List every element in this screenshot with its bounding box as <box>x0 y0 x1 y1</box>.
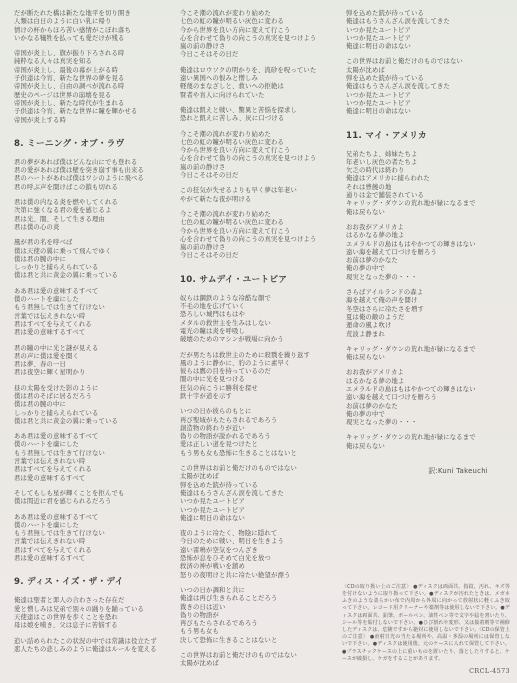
lyric-line: 君はすべてを与えてくれる <box>14 321 172 329</box>
lyric-line: いつか見たユートピア <box>346 35 504 43</box>
section-heading: 11. マイ・アメリカ <box>346 129 504 141</box>
lyric-line: 僕は君と共に黄金の翼に乗っている <box>14 418 172 426</box>
lyric-line: 弾を込めた銃が待っている <box>180 482 338 490</box>
lyric-line: 救済の神が戦いを鎮め <box>180 563 338 571</box>
lyric-line: 俺の夢の中で <box>346 411 504 419</box>
lyric-line: 帝国が炎上し、自由の調べが流れる時 <box>14 83 172 91</box>
lyric-line: 人類は白日のように白い乳に帰り <box>14 18 172 26</box>
lyric-line: 愛と憎しみは兄弟で別々の踊りを踊っている <box>14 606 172 614</box>
lyric-line: 純粋なる人々は真実を知る <box>14 58 172 66</box>
lyric-line: もう男も女も恐怖に生きることはないと <box>180 450 338 458</box>
lyric-line: 君はすべてを与えてくれる <box>14 466 172 474</box>
stanza: 俺達は聖者と罪人の合わさった存在だ愛と憎しみは兄弟で別々の踊りを踊っている天使達… <box>14 597 172 630</box>
lyric-line: 冬空はさらに冷たさを増す <box>346 306 504 314</box>
lyric-line: ああ君は愛の意味するすべて <box>14 288 172 296</box>
stanza: さらばアイルランドの森よ海を越えて俺の声を聞け冬空はさらに冷たさを増す夏は俺の敵… <box>346 289 504 339</box>
stanza: この狂気が失せるよりも早く夢は年老いやがて新たな夜が明ける <box>180 187 338 204</box>
lyric-line: 今こそ潮の流れが変わり始めた <box>180 211 338 219</box>
lyric-line: 遠い雷鳴が空気をつんざき <box>180 547 338 555</box>
lyric-line: 君はすべてを与えてくれる <box>14 547 172 555</box>
stanza: 今こそ潮の流れが変わり始めた七色の虹の瞳が明るい灰色に変わる今から世界を良い方向… <box>180 211 338 261</box>
stanza: 追い詰められたこの状況の中では常識は役立たず恋人たちの悲しみのように俺達はルール… <box>14 638 172 655</box>
lyric-line: 君の瞳の中に光と謎が見える <box>14 345 172 353</box>
lyric-line: 夏は俺の敵のようだ <box>346 314 504 322</box>
lyric-line: 太陽が沈めば <box>346 67 504 75</box>
lyric-line: いつか見たユートピア <box>180 498 338 506</box>
cd-care-notice-text: 〈CDの取り扱い上のご注意〉 ●ディスクは両面共、指紋、汚れ、キズ等を付けないよ… <box>342 584 510 663</box>
lyric-line: 言葉では伝えきれない時 <box>14 313 172 321</box>
lyric-line: 天使達はこの世界を歩くことを恐れ <box>14 614 172 622</box>
lyric-line: 今から世界を良い方向に変えて行こう <box>180 228 338 236</box>
lyric-line: 君の呼ぶ声を聞けばこの鎖も切れる <box>14 184 172 192</box>
stanza: おお我がアメリカよはるかなる夢の地よエメラルドの島はもはやかつての輝きはない遠い… <box>346 369 504 427</box>
lyric-line: 遠い海を越えて口づけを贈ろう <box>346 249 504 257</box>
stanza: 君は僕の内なる炎を燃やしてくれる次第に強くなる君の愛を感じるよ君は光、闇、そして… <box>14 199 172 232</box>
lyric-line: 俺は戻らない <box>346 354 504 362</box>
lyric-line: 創造物の終わりが近い <box>180 425 338 433</box>
stanza: 今こそ潮の流れが変わり始めた七色の虹の瞳が明るい灰色に変わる今から世界を良い方向… <box>180 131 338 181</box>
stanza: ああ君は愛の意味するすべて僕のハートを虜にしたもう君無しでは生きて行けない言葉で… <box>14 433 172 483</box>
lyric-line: 帝国が炎上する時 <box>14 117 172 125</box>
lyric-line: キャリッグ・ダウンの荒れ地が緑になるまで <box>346 346 504 354</box>
lyric-line: 偽りの物語が <box>180 612 338 620</box>
lyric-line: 心を合わせて偽りの向こうの真実を見つけよう <box>180 35 338 43</box>
lyric-line: もう君無しでは生きて行けない <box>14 304 172 312</box>
lyric-line: 恐ろしい城門はもはや <box>180 311 338 319</box>
lyric-line: 俺達は聖者と罪人の合わさった存在だ <box>14 597 172 605</box>
lyric-line: 七色の虹の瞳が明るい灰色に変わる <box>180 139 338 147</box>
stanza: 帝国が炎上し、旗が振り下ろされる時純粋なる人々は真実を知る帝国が炎上し、最後の幕… <box>14 50 172 125</box>
lyric-line: 僕は間近に君を感じられるだろう <box>14 498 172 506</box>
lyric-line: 破壊のためのマシンが戦場に向かう <box>180 336 338 344</box>
lyric-line: 今から世界を良い方向に変えて行こう <box>180 27 338 35</box>
stanza: この世界はお前と俺だけのものではない太陽が沈めば弾を込めた銃が待っている俺達はも… <box>346 58 504 116</box>
lyric-line: 決して恐怖に生きることはないと <box>180 637 338 645</box>
lyric-line: はるかなる夢の地よ <box>346 378 504 386</box>
lyric-line: 俺達に明日の命はない <box>346 43 504 51</box>
lyric-line: 太陽が沈めば <box>180 473 338 481</box>
stanza: キャリッグ・ダウンの荒れ地が緑になるまで俺は戻らない <box>346 434 504 451</box>
section-heading: 8. ミーニング・オブ・ラヴ <box>14 137 172 149</box>
lyric-line: 奴らは鋼鉄のような冷酷な顔で <box>180 295 338 303</box>
lyric-line: 俺達に明日の命はない <box>346 108 504 116</box>
lyric-line: ああ君は愛の意味するすべて <box>14 514 172 522</box>
lyric-line: 太陽が沈めば <box>180 660 338 668</box>
lyric-line: 現実となった夢の・・・ <box>346 274 504 282</box>
columns: だが断たれた橋は新たな地平を切り開き人類は白日のように白い乳に帰り情けの杯からほ… <box>0 0 517 676</box>
stanza: 奴らは鋼鉄のような冷酷な顔で不毛の地を広げていく恐ろしい城門はもはやメタルの救世… <box>180 295 338 345</box>
lyric-line: おお我がアメリカよ <box>346 369 504 377</box>
stanza: だが断たれた橋は新たな地平を切り開き人類は白日のように白い乳に帰り情けの杯からほ… <box>14 10 172 43</box>
lyric-line: いつか見たユートピア <box>180 507 338 515</box>
lyric-line: 愛は正しい道を見つけたと <box>180 441 338 449</box>
lyric-line: お前は夢のかなた <box>346 403 504 411</box>
lyric-line: 君は僕の心の炎 <box>14 224 172 232</box>
lyric-line: だが男たちは救世主のために殺戮を繰り返す <box>180 352 338 360</box>
lyric-line: しっかりと捕らえられている <box>14 410 172 418</box>
lyric-line: 現実となった夢の・・・ <box>346 419 504 427</box>
lyric-line: いつの日か彼らのもとに <box>180 408 338 416</box>
lyric-line: エメラルドの島はもはやかつての輝きはない <box>346 241 504 249</box>
lyric-line: 君のハートがあれば僕はワシのように飛べる <box>14 175 172 183</box>
translator-credit: 訳:Kuni Takeuchi <box>346 465 504 475</box>
lyric-line: 俺達はアメリカに捕らわれた <box>346 175 504 183</box>
lyric-line: 君は夜空に輝く星明かり <box>14 369 172 377</box>
lyric-line: 僕は君の腕の中に <box>14 401 172 409</box>
lyric-line: 狂気の向こうに勝利を探せ <box>180 385 338 393</box>
lyric-line: 俺達に明日の命はない <box>180 515 338 523</box>
stanza: おお我がアメリカよはるかなる夢の地よエメラルドの島はもはやかつての輝きはない遠い… <box>346 224 504 282</box>
lyric-line: はるかなる夢の地よ <box>346 232 504 240</box>
lyric-line: もう男も女も <box>180 628 338 636</box>
stanza: 夜のように冷たく、物陰に隠れて今日のために戦い、明日を生きよう遠い雷鳴が空気をつ… <box>180 530 338 580</box>
lyric-line: メタルの救世主を生みはしない <box>180 320 338 328</box>
lyrics-page: だが断たれた橋は新たな地平を切り開き人類は白日のように白い乳に帰り情けの杯からほ… <box>0 0 517 683</box>
lyric-line: 今日こそはその日だ <box>180 51 338 59</box>
lyric-line: この狂気が失せるよりも早く夢は年老い <box>180 187 338 195</box>
stanza: いつの日か彼らのもとに再び聖域がもたらされるであろう創造物の終わりが近い偽りの物… <box>180 408 338 458</box>
lyric-line: そしてもしも星が輝くことを拒んでも <box>14 490 172 498</box>
lyric-line: 僕は君の腕の中に <box>14 256 172 264</box>
lyrics-column-left: だが断たれた橋は新たな地平を切り開き人類は白日のように白い乳に帰り情けの杯からほ… <box>14 10 180 676</box>
stanza: ああ君は愛の意味するすべて僕のハートを虜にしたもう君無しでは生きて行けない言葉で… <box>14 514 172 564</box>
lyric-line: 七色の虹の瞳が明るい灰色に変わる <box>180 219 338 227</box>
stanza: 風が君の名を呼べば僕は天使の翼に乗って飛んでゆく僕は君の腕の中にしっかりと捕らえ… <box>14 239 172 280</box>
lyric-line: 俺達はもうさんざん涙を流してきた <box>180 490 338 498</box>
lyric-line: 荒波よ静まれ <box>346 331 504 339</box>
lyric-line: 俺達は再び生きられることだろう <box>180 595 338 603</box>
lyric-line: 君は愛の意味するすべて <box>14 329 172 337</box>
lyric-line: 運命の風よ吹け <box>346 322 504 330</box>
lyric-line: キャリッグ・ダウンの荒れ地が緑になるまで <box>346 200 504 208</box>
stanza: 昼の太陽を受けた影のように僕は君のそばに居るだろう僕は君の腕の中にしっかりと捕ら… <box>14 385 172 426</box>
stanza: 兄弟たちよ、姉妹たちよ年老いし灰色の者たちよ欠乏の時代は終わり俺達はアメリカに捕… <box>346 151 504 217</box>
cd-care-notice: 〈CDの取り扱い上のご注意〉 ●ディスクは両面共、指紋、汚れ、キズ等を付けないよ… <box>342 584 510 675</box>
lyric-line: 君は光、闇、そして生きる理由 <box>14 216 172 224</box>
lyric-line: 今日こそはその日だ <box>180 172 338 180</box>
stanza: この世界はお前と俺だけのものではない太陽が沈めば <box>180 652 338 669</box>
stanza: 弾を込めた銃が待っている俺達はもうさんざん涙を流してきたいつか見たユートピアいつ… <box>346 10 504 51</box>
stanza: いつの日か調和と共に俺達は再び生きられることだろう裁きの日は近い偽りの物語が再び… <box>180 587 338 645</box>
lyric-line: 次第に強くなる君の愛を感じるよ <box>14 207 172 215</box>
lyric-line: 追い詰められたこの状況の中では常識は役立たず <box>14 638 172 646</box>
stanza: 俺達は飢えと戦い、驚異と苦悩を探求し恐れと飢えに苦しみ、灰に口づける <box>180 107 338 124</box>
lyric-line: 心を合わせて偽りの向こうの真実を見つけよう <box>180 155 338 163</box>
lyric-line: 風のように静かに、豹のように素早く <box>180 360 338 368</box>
section-heading: 10. サムデイ・ユートピア <box>180 273 338 285</box>
lyric-line: 君の声に僕は愛を聞く <box>14 353 172 361</box>
lyric-line: 俺の夢の中で <box>346 265 504 273</box>
lyric-line: 情けの杯からほろ苦い感情がこぼれ落ち <box>14 27 172 35</box>
lyric-line: 裁きの日は近い <box>180 604 338 612</box>
lyric-line: 軽蔑のまなざしと、救いへの拒絶は <box>180 83 338 91</box>
lyric-line: 再び聖域がもたらされるであろう <box>180 417 338 425</box>
lyric-line: 遠い海を越えて口づけを贈ろう <box>346 394 504 402</box>
lyric-line: 俺は戻らない <box>346 209 504 217</box>
lyric-line: 恋人たちの悲しみのように俺達はルールを変える <box>14 646 172 654</box>
lyric-line: 心を合わせて偽りの向こうの真実を見つけよう <box>180 236 338 244</box>
stanza: この世界はお前と俺だけのものではない太陽が沈めば弾を込めた銃が待っている俺達はも… <box>180 465 338 523</box>
lyric-line: 海を越えて俺の声を聞け <box>346 297 504 305</box>
lyric-line: 兄弟たちよ、姉妹たちよ <box>346 151 504 159</box>
lyric-line: 子供達は今宵、新たな世界に瞳を輝かせる <box>14 108 172 116</box>
lyric-line: 今日のために戦い、明日を生きよう <box>180 538 338 546</box>
lyric-line: 僕は天使の翼に乗って飛んでゆく <box>14 248 172 256</box>
lyric-line: 帝国が炎上し、最後の幕が上がる時 <box>14 67 172 75</box>
lyric-line: 年老いし灰色の者たちよ <box>346 159 504 167</box>
lyrics-column-right: 弾を込めた銃が待っている俺達はもうさんざん涙を流してきたいつか見たユートピアいつ… <box>346 10 512 676</box>
lyric-line: 君は愛の意味するすべて <box>14 555 172 563</box>
lyric-line: 僕のハートを虜にした <box>14 522 172 530</box>
stanza: 君の瞳の中に光と謎が見える君の声に僕は愛を聞く君は夢、春の一日君は夜空に輝く星明… <box>14 345 172 378</box>
lyric-line: それは豊饒の地 <box>346 184 504 192</box>
stanza: ああ君は愛の意味するすべて僕のハートを虜にしたもう君無しでは生きて行けない言葉で… <box>14 288 172 338</box>
stanza: だが男たちは救世主のために殺戮を繰り返す風のように静かに、豹のように素早く彼らは… <box>180 352 338 402</box>
lyric-line: 鉄十字が道を示す <box>180 393 338 401</box>
lyric-line: 賢者や盲人に向けられていた <box>180 92 338 100</box>
lyrics-column-middle: 今こそ潮の流れが変わり始めた七色の虹の瞳が明るい灰色に変わる今から世界を良い方向… <box>180 10 346 676</box>
stanza: 俺達はロウソクの明かりを、流砂を呪っていた遠い異国への恨みと憎しみ軽蔑のまなざし… <box>180 67 338 100</box>
lyric-line: 君は愛の意味するすべて <box>14 475 172 483</box>
lyric-line: もう君無しでは生きて行けない <box>14 450 172 458</box>
lyric-line: 俺は戻らない <box>346 443 504 451</box>
lyric-line: この世界はお前と俺だけのものではない <box>346 58 504 66</box>
section-heading: 9. ディス・イズ・ザ・デイ <box>14 575 172 587</box>
lyric-line: 七色の虹の瞳が明るい灰色に変わる <box>180 18 338 26</box>
lyric-line: おお我がアメリカよ <box>346 224 504 232</box>
lyric-line: キャリッグ・ダウンの荒れ地が緑になるまで <box>346 434 504 442</box>
stanza: そしてもしも星が輝くことを拒んでも僕は間近に君を感じられるだろう <box>14 490 172 507</box>
lyric-line: 言葉では伝えきれない時 <box>14 538 172 546</box>
lyric-line: いつの日か調和と共に <box>180 587 338 595</box>
lyric-line: 闇の中に光を見つける <box>180 376 338 384</box>
lyric-line: 昼の太陽を受けた影のように <box>14 385 172 393</box>
lyric-line: 俺達はもうさんざん涙を流してきた <box>346 18 504 26</box>
stanza: 今こそ潮の流れが変わり始めた七色の虹の瞳が明るい灰色に変わる今から世界を良い方向… <box>180 10 338 60</box>
lyric-line: 僕のハートを虜にした <box>14 441 172 449</box>
catalog-number: CRCL-4573 <box>342 667 510 675</box>
lyric-line: 俺達はもうさんざん涙を流してきた <box>346 83 504 91</box>
lyric-line: いつか見たユートピア <box>346 92 504 100</box>
lyric-line: 怒りの夜明けと共に冷たい絶望が漂う <box>180 572 338 580</box>
lyric-line: 歴史のページは世界の崩壊を見る <box>14 92 172 100</box>
lyric-line: 嵐の前の静けさ <box>180 164 338 172</box>
lyric-line: 母は娘を嘆き、父は息子に苦悩する <box>14 622 172 630</box>
lyric-line: 僕は君と共に黄金の翼に乗っている <box>14 272 172 280</box>
lyric-line: いつか見たユートピア <box>346 27 504 35</box>
stanza: キャリッグ・ダウンの荒れ地が緑になるまで俺は戻らない <box>346 346 504 363</box>
stanza: 君の夢があれば僕はどんな山にでも登れる君の愛があれば僕は壁を突き崩す事も出来る君… <box>14 159 172 192</box>
lyric-line: 君の夢があれば僕はどんな山にでも登れる <box>14 159 172 167</box>
lyric-line: やがて新たな夜が明ける <box>180 196 338 204</box>
lyric-line: 電光の瞳は炎を呼吸し <box>180 328 338 336</box>
lyric-line: 風が君の名を呼べば <box>14 239 172 247</box>
lyric-line: 今こそ潮の流れが変わり始めた <box>180 131 338 139</box>
lyric-line: 恐れと飢えに苦しみ、灰に口づける <box>180 115 338 123</box>
lyric-line: 今日こそはその日だ <box>180 252 338 260</box>
lyric-line: 俺達はロウソクの明かりを、流砂を呪っていた <box>180 67 338 75</box>
lyric-line: いかなる犠牲を払っても愛だけが残る <box>14 35 172 43</box>
